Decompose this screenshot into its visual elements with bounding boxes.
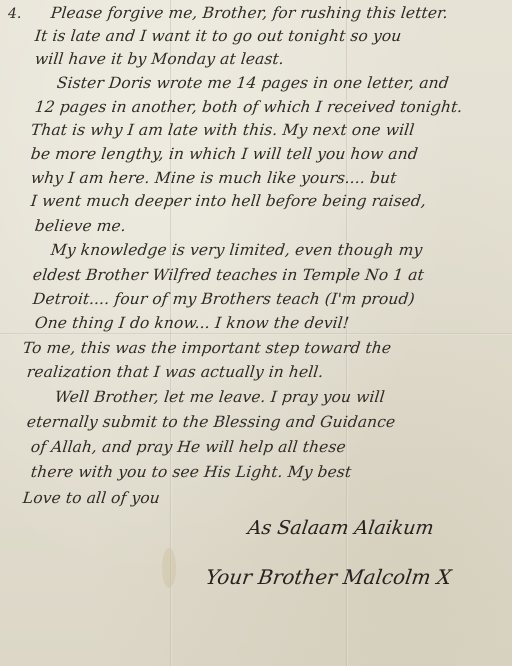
letter-line: To me, this was the important step towar… [22, 339, 392, 357]
letter-line: eldest Brother Wilfred teaches in Temple… [32, 266, 425, 284]
letter-line: why I am here. Mine is much like yours..… [30, 169, 398, 187]
letter-line: Sister Doris wrote me 14 pages in one le… [56, 74, 450, 92]
letter-line: Detroit.... four of my Brothers teach (I… [32, 290, 416, 308]
letter-line: My knowledge is very limited, even thoug… [50, 241, 423, 259]
paper-stain [162, 548, 176, 588]
letter-line: That is why I am late with this. My next… [30, 121, 415, 139]
letter-line: will have it by Monday at least. [34, 50, 285, 68]
fold-line-horizontal [0, 333, 512, 335]
letter-line: believe me. [34, 217, 127, 235]
letter-line: 12 pages in another, both of which I rec… [34, 98, 463, 116]
letter-line: It is late and I want it to go out tonig… [34, 27, 402, 45]
letter-page: 4. Please forgive me, Brother, for rushi… [0, 0, 512, 666]
letter-signature: Your Brother Malcolm X [204, 565, 453, 589]
letter-line: Love to all of you [22, 489, 161, 507]
letter-line: of Allah, and pray He will help all thes… [30, 438, 347, 456]
letter-line: eternally submit to the Blessing and Gui… [26, 413, 396, 431]
letter-line: I went much deeper into hell before bein… [30, 192, 427, 210]
letter-line: One thing I do know... I know the devil! [34, 314, 350, 332]
letter-line: Please forgive me, Brother, for rushing … [50, 4, 449, 22]
letter-line: be more lengthy, in which I will tell yo… [30, 145, 419, 163]
letter-line: realization that I was actually in hell. [26, 363, 324, 381]
letter-line: Well Brother, let me leave. I pray you w… [54, 388, 386, 406]
page-number: 4. [8, 6, 21, 22]
letter-line: there with you to see His Light. My best [30, 463, 352, 481]
letter-closing: As Salaam Alaikum [246, 517, 435, 539]
